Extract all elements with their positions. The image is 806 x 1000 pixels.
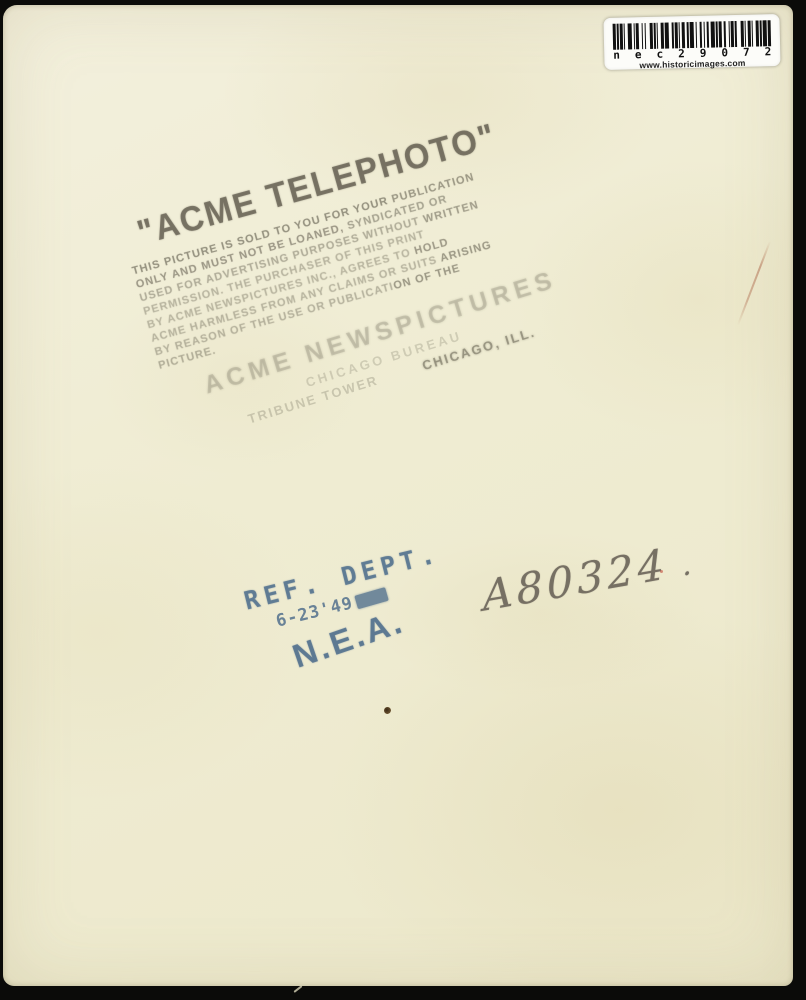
pencil-period: . <box>681 546 697 583</box>
edge-scratch <box>293 985 302 993</box>
photo-back-scan: "ACME TELEPHOTO" THIS PICTURE IS SOLD TO… <box>0 0 806 1000</box>
red-dot-mark <box>660 570 663 573</box>
barcode-label: nec29072 www.historicimages.com <box>603 14 780 70</box>
nea-ref-dept-stamp: REF. DEPT. 6-23'49 N.E.A. <box>241 529 497 679</box>
handwritten-reference-number: A80324. <box>481 534 697 621</box>
red-scratch-mark <box>737 241 771 326</box>
paper-speck <box>384 707 391 714</box>
photo-back-paper: "ACME TELEPHOTO" THIS PICTURE IS SOLD TO… <box>3 5 793 986</box>
reference-number: A80324 <box>481 539 670 621</box>
